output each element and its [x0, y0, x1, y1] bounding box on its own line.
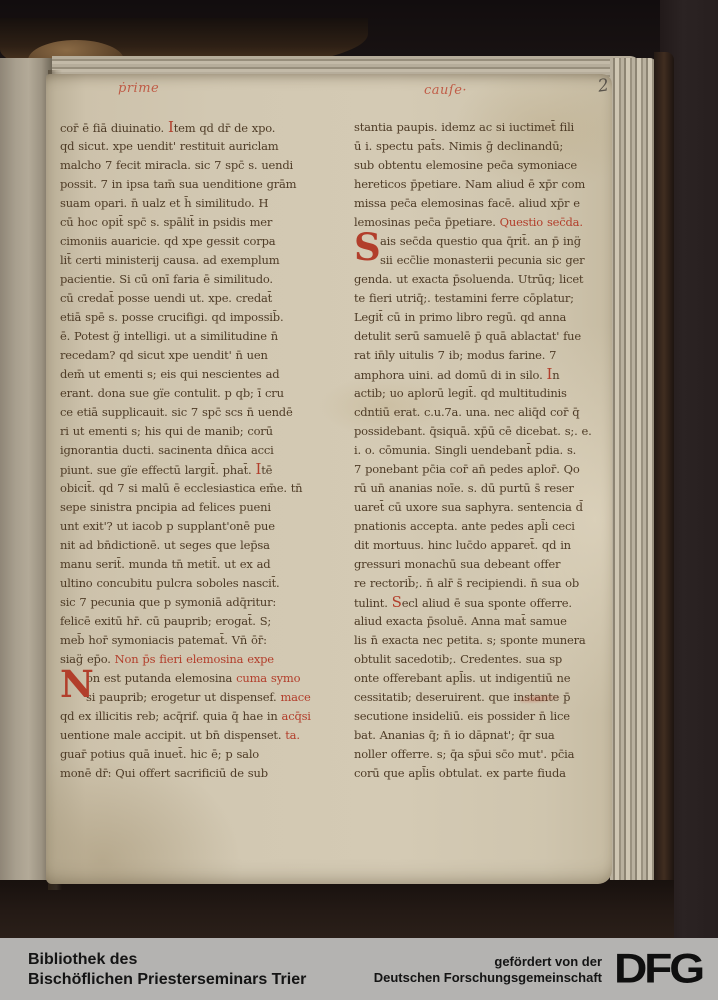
text-run: felicē exitū hr̄. cū pauprib; erogat̄. S… — [60, 614, 271, 628]
text-run: stantia paupis. idemz ac si iuctimet̄ fi… — [354, 120, 574, 134]
rubricated-initial: N — [60, 666, 94, 703]
manuscript-line: te fieri utriq̄;. testamini ferre cōplat… — [354, 289, 606, 308]
library-credit-line2: Bischöflichen Priesterseminars Trier — [28, 970, 306, 990]
text-run: hereticos p̄petiare. Nam aliud ē xp̄r co… — [354, 177, 585, 191]
book-cover-bottom — [0, 880, 674, 938]
text-run: sepe sinistra pncipia ad felices pueni — [60, 500, 271, 514]
text-run: sii ecc̄lie monasterii pecunia sic ger — [380, 253, 584, 267]
text-run: cimoniis auaricie. qd xpe gessit corpa — [60, 234, 275, 248]
text-run: actib; uo aplorū legit̄. qd multitudinis — [354, 386, 567, 400]
text-run: guar̄ potius quā inuet̄. hic ē; p salo — [60, 747, 259, 761]
manuscript-line: Sais sec̄da questio qua q̄rit̄. an p̄ in… — [354, 232, 606, 251]
text-run: rat in̄ly uitulis 7 ib; modus farine. 7 — [354, 348, 556, 362]
text-run: si pauprib; erogetur ut dispensef. — [86, 690, 280, 704]
text-run: ecl aliud ē sua sponte offerre. — [402, 596, 572, 610]
text-run: qd ex illicitis reb; acq̄rif. quia q̄ ha… — [60, 709, 282, 723]
text-column-right: stantia paupis. idemz ac si iuctimet̄ fi… — [354, 118, 606, 783]
running-header-right: cauſe· — [424, 83, 467, 98]
text-run: ē. Potest g̈ intelligi. ut a similitudin… — [60, 329, 278, 343]
text-run: onte offerebant apl̄is. ut indigentiū ne — [354, 671, 570, 685]
manuscript-line: sic 7 pecunia que p symoniā adq̄ritur: — [60, 593, 352, 612]
manuscript-line: rū un̄ ananias noīe. s. dū purtū s̄ rese… — [354, 479, 606, 498]
rubric-text-run: ta. — [285, 728, 300, 742]
manuscript-line: piunt. sue gïe effectū largit̄. phat̄. I… — [60, 460, 352, 479]
manuscript-line: ri ut ementi s; his qui de manib; corū — [60, 422, 352, 441]
manuscript-line: lis n̄ exacta nec petita. s; sponte mune… — [354, 631, 606, 650]
text-run: malcho 7 fecit miracla. sic 7 spc̄ s. ue… — [60, 158, 293, 172]
text-run: pnationis accepta. ante pedes apl̄i ceci — [354, 519, 575, 533]
text-run: etiā spē s. posse crucifigi. qd impossib… — [60, 310, 283, 324]
text-run: on est putanda elemosina — [86, 671, 236, 685]
running-header-left: ṗrime — [118, 81, 159, 96]
manuscript-line: cor̄ ē fiā diuinatio. Item qd dr̄ de xpo… — [60, 118, 352, 137]
text-run: uaret̄ cū uxore sua saphyra. sentencia d… — [354, 500, 583, 514]
book-fore-edge-pages — [610, 58, 656, 904]
manuscript-line: sii ecc̄lie monasterii pecunia sic ger — [354, 251, 606, 270]
manuscript-line: onte offerebant apl̄is. ut indigentiū ne — [354, 669, 606, 688]
text-run: re rectorib̄;. n̄ alr̄ s̄ recipiendi. n̄… — [354, 576, 579, 590]
rubric-text-run: acq̄si — [282, 709, 311, 723]
manuscript-line: hereticos p̄petiare. Nam aliud ē xp̄r co… — [354, 175, 606, 194]
manuscript-line: dem̄ ut ementi s; eis qui nescientes ad — [60, 365, 352, 384]
manuscript-line: suam opari. n̄ ualz et h̄ similitudo. H — [60, 194, 352, 213]
manuscript-line: 7 ponebant pc̄ia cor̄ an̄ pedes aplor̄. … — [354, 460, 606, 479]
funding-credit-line2: Deutschen Forschungsgemeinschaft — [374, 970, 602, 986]
manuscript-line: lemosinas pec̄a p̄petiare. Questio sec̄d… — [354, 213, 606, 232]
text-run: n — [552, 368, 559, 382]
manuscript-line: siag̈ ep̄o. Non p̄s fieri elemosina expe — [60, 650, 352, 669]
manuscript-line: cū credat̄ posse uendi ut. xpe. credat̄ — [60, 289, 352, 308]
text-run: Legit̄ cū in primo libro regū. qd anna — [354, 310, 566, 324]
text-run: possit. 7 in ipsa tam̄ sua uenditione gr… — [60, 177, 296, 191]
library-credit-line1: Bibliothek des — [28, 950, 306, 970]
manuscript-line: Non est putanda elemosina cuma symo — [60, 669, 352, 688]
text-run: i. o. cōmunia. Singli uendebant̄ pdia. s… — [354, 443, 576, 457]
rubricated-initial: S — [354, 229, 381, 266]
text-run: ce etiā supplicauit. sic 7 spc̄ scs n̄ u… — [60, 405, 293, 419]
manuscript-line: secutione insideliū. eis possider n̄ lic… — [354, 707, 606, 726]
manuscript-line: si pauprib; erogetur ut dispensef. mace — [60, 688, 352, 707]
manuscript-line: obtulit sacedotib;. Credentes. sua sp — [354, 650, 606, 669]
book-cover-edge — [654, 52, 674, 914]
text-run: ū i. spectu pat̄s. Nimis ḡ declinandū; — [354, 139, 563, 153]
text-run: pacientie. Si cū onī faria ē similitudo. — [60, 272, 273, 286]
text-run: 7 ponebant pc̄ia cor̄ an̄ pedes aplor̄. … — [354, 462, 580, 476]
text-run: amphora uini. ad domū di in silo. — [354, 368, 547, 382]
manuscript-line: possidebant. q̄siquā. xp̄ū cē dicebat. s… — [354, 422, 606, 441]
manuscript-line: qd ex illicitis reb; acq̄rif. quia q̄ ha… — [60, 707, 352, 726]
rubric-text-run: mace — [280, 690, 310, 704]
text-run: cor̄ ē fiā diuinatio. — [60, 121, 168, 135]
rubric-text-run: Non p̄s fieri elemosina expe — [115, 652, 274, 666]
text-run: recedam? qd sicut xpe uendit' n̄ uen — [60, 348, 268, 362]
text-run: rū un̄ ananias noīe. s. dū purtū s̄ rese… — [354, 481, 574, 495]
text-run: tulint. — [354, 596, 392, 610]
text-run: manu serit̄. munda tn̄ metit̄. ut ex ad — [60, 557, 270, 571]
manuscript-line: unt exit'? ut iacob p supplant'onē pue — [60, 517, 352, 536]
manuscript-line: qd sicut. xpe uendit' restituit auriclam — [60, 137, 352, 156]
manuscript-line: missa pec̄a elemosinas facē. aliud xp̄r … — [354, 194, 606, 213]
manuscript-line: uentione male accipit. ut bn̄ dispenset.… — [60, 726, 352, 745]
manuscript-line: bat. Ananias q̄; n̄ io dāpnat'; q̄r sua — [354, 726, 606, 745]
manuscript-line: nit ad bn̄dictionē. ut seges que lep̄sa — [60, 536, 352, 555]
text-run: piunt. sue gïe effectū largit̄. phat̄. — [60, 463, 255, 477]
text-run: ignorantia ducti. sacinenta dn̄ica acci — [60, 443, 274, 457]
rubric-text-run: Questio sec̄da. — [500, 215, 583, 229]
manuscript-line: dit mortuus. hinc luc̄do apparet̄. qd in — [354, 536, 606, 555]
rubric-text-run: S — [392, 593, 402, 611]
manuscript-line: pnationis accepta. ante pedes apl̄i ceci — [354, 517, 606, 536]
manuscript-line: recedam? qd sicut xpe uendit' n̄ uen — [60, 346, 352, 365]
text-run: possidebant. q̄siquā. xp̄ū cē dicebat. s… — [354, 424, 592, 438]
manuscript-line: malcho 7 fecit miracla. sic 7 spc̄ s. ue… — [60, 156, 352, 175]
text-run: genda. ut exacta p̄soluenda. Utrūq; lice… — [354, 272, 583, 286]
manuscript-line: noller offerre. s; q̄a sp̄ui sc̄o mut'. … — [354, 745, 606, 764]
text-run: suam opari. n̄ ualz et h̄ similitudo. H — [60, 196, 268, 210]
manuscript-line: ce etiā supplicauit. sic 7 spc̄ scs n̄ u… — [60, 403, 352, 422]
text-run: nit ad bn̄dictionē. ut seges que lep̄sa — [60, 538, 270, 552]
manuscript-line: pacientie. Si cū onī faria ē similitudo. — [60, 270, 352, 289]
dfg-logo: DFG — [603, 947, 712, 991]
text-run: ultino concubitu pulcra soboles nascit̄. — [60, 576, 280, 590]
text-run: uentione male accipit. ut bn̄ dispenset. — [60, 728, 285, 742]
manuscript-line: cessitatib; deseruirent. que instante p̄ — [354, 688, 606, 707]
manuscript-line: rat in̄ly uitulis 7 ib; modus farine. 7 — [354, 346, 606, 365]
manuscript-line: ū i. spectu pat̄s. Nimis ḡ declinandū; — [354, 137, 606, 156]
text-run: ri ut ementi s; his qui de manib; corū — [60, 424, 273, 438]
digitization-footer: Bibliothek des Bischöflichen Priestersem… — [0, 938, 718, 1000]
manuscript-line: erant. dona sue gïe contulit. p qb; ī cr… — [60, 384, 352, 403]
text-run: te fieri utriq̄;. testamini ferre cōplat… — [354, 291, 574, 305]
text-run: cdntiū erat. c.u.7a. una. nec aliq̄d cor… — [354, 405, 579, 419]
text-run: sub obtentu elemosine pec̄a symoniace — [354, 158, 577, 172]
funding-credit-line1: gefördert von der — [374, 954, 602, 970]
manuscript-line: corū que apl̄is obtulat. ex parte fiuda — [354, 764, 606, 783]
text-run: tē — [261, 463, 272, 477]
folio-number: 2 — [597, 75, 611, 96]
manuscript-line: cū hoc opit̄ spc̄ s. spālit̄ in psidis m… — [60, 213, 352, 232]
text-run: secutione insideliū. eis possider n̄ lic… — [354, 709, 570, 723]
manuscript-line: manu serit̄. munda tn̄ metit̄. ut ex ad — [60, 555, 352, 574]
text-run: tem qd dr̄ de xpo. — [174, 121, 276, 135]
text-run: dem̄ ut ementi s; eis qui nescientes ad — [60, 367, 279, 381]
manuscript-page: ṗrime cauſe· 2 cor̄ ē fiā diuinatio. Ite… — [46, 74, 612, 884]
text-run: obtulit sacedotib;. Credentes. sua sp — [354, 652, 562, 666]
text-run: cū credat̄ posse uendi ut. xpe. credat̄ — [60, 291, 272, 305]
text-run: monē dr̄: Qui offert sacrificiū de sub — [60, 766, 268, 780]
manuscript-line: i. o. cōmunia. Singli uendebant̄ pdia. s… — [354, 441, 606, 460]
text-column-left: cor̄ ē fiā diuinatio. Item qd dr̄ de xpo… — [60, 118, 352, 783]
text-run: dit mortuus. hinc luc̄do apparet̄. qd in — [354, 538, 571, 552]
text-run: bat. Ananias q̄; n̄ io dāpnat'; q̄r sua — [354, 728, 555, 742]
manuscript-line: ignorantia ducti. sacinenta dn̄ica acci — [60, 441, 352, 460]
text-run: aliud exacta p̄soluē. Anna mat̄ samue — [354, 614, 567, 628]
manuscript-line: monē dr̄: Qui offert sacrificiū de sub — [60, 764, 352, 783]
manuscript-line: meb̄ hor̄ symoniacis patemat̄. Vn̄ ōr̄: — [60, 631, 352, 650]
text-run: noller offerre. s; q̄a sp̄ui sc̄o mut'. … — [354, 747, 574, 761]
manuscript-line: sub obtentu elemosine pec̄a symoniace — [354, 156, 606, 175]
manuscript-line: gressuri monachū sua debeant offer — [354, 555, 606, 574]
manuscript-line: detulit serū samuelē p̄ quā ablactat' fu… — [354, 327, 606, 346]
text-run: sic 7 pecunia que p symoniā adq̄ritur: — [60, 595, 276, 609]
text-run: corū que apl̄is obtulat. ex parte fiuda — [354, 766, 566, 780]
library-credit: Bibliothek des Bischöflichen Priestersem… — [28, 950, 306, 990]
text-run: detulit serū samuelē p̄ quā ablactat' fu… — [354, 329, 581, 343]
manuscript-line: obicit̄. qd 7 si malū ē ecclesiastica em… — [60, 479, 352, 498]
manuscript-line: actib; uo aplorū legit̄. qd multitudinis — [354, 384, 606, 403]
text-run: unt exit'? ut iacob p supplant'onē pue — [60, 519, 275, 533]
text-run: lis n̄ exacta nec petita. s; sponte mune… — [354, 633, 586, 647]
manuscript-line: sepe sinistra pncipia ad felices pueni — [60, 498, 352, 517]
manuscript-line: possit. 7 in ipsa tam̄ sua uenditione gr… — [60, 175, 352, 194]
manuscript-line: felicē exitū hr̄. cū pauprib; erogat̄. S… — [60, 612, 352, 631]
manuscript-line: stantia paupis. idemz ac si iuctimet̄ fi… — [354, 118, 606, 137]
text-run: missa pec̄a elemosinas facē. aliud xp̄r … — [354, 196, 580, 210]
manuscript-line: ē. Potest g̈ intelligi. ut a similitudin… — [60, 327, 352, 346]
text-run: cū hoc opit̄ spc̄ s. spālit̄ in psidis m… — [60, 215, 272, 229]
text-run: lit̄ certi ministerij causa. ad exemplum — [60, 253, 279, 267]
text-run: meb̄ hor̄ symoniacis patemat̄. Vn̄ ōr̄: — [60, 633, 267, 647]
manuscript-line: re rectorib̄;. n̄ alr̄ s̄ recipiendi. n̄… — [354, 574, 606, 593]
funding-credit: gefördert von der Deutschen Forschungsge… — [374, 954, 602, 986]
manuscript-line: tulint. Secl aliud ē sua sponte offerre. — [354, 593, 606, 612]
book-gutter-page-edges — [0, 58, 52, 906]
manuscript-line: uaret̄ cū uxore sua saphyra. sentencia d… — [354, 498, 606, 517]
text-run: qd sicut. xpe uendit' restituit auriclam — [60, 139, 278, 153]
manuscript-line: genda. ut exacta p̄soluenda. Utrūq; lice… — [354, 270, 606, 289]
manuscript-line: amphora uini. ad domū di in silo. In — [354, 365, 606, 384]
manuscript-line: aliud exacta p̄soluē. Anna mat̄ samue — [354, 612, 606, 631]
manuscript-line: lit̄ certi ministerij causa. ad exemplum — [60, 251, 352, 270]
manuscript-line: cdntiū erat. c.u.7a. una. nec aliq̄d cor… — [354, 403, 606, 422]
manuscript-line: Legit̄ cū in primo libro regū. qd anna — [354, 308, 606, 327]
manuscript-line: cimoniis auaricie. qd xpe gessit corpa — [60, 232, 352, 251]
text-run: gressuri monachū sua debeant offer — [354, 557, 560, 571]
manuscript-line: ultino concubitu pulcra soboles nascit̄. — [60, 574, 352, 593]
text-run: obicit̄. qd 7 si malū ē ecclesiastica em… — [60, 481, 302, 495]
rubric-text-run: cuma symo — [236, 671, 300, 685]
text-run: erant. dona sue gïe contulit. p qb; ī cr… — [60, 386, 284, 400]
manuscript-line: etiā spē s. posse crucifigi. qd impossib… — [60, 308, 352, 327]
text-run: ais sec̄da questio qua q̄rit̄. an p̄ ing… — [380, 234, 581, 248]
manuscript-line: guar̄ potius quā inuet̄. hic ē; p salo — [60, 745, 352, 764]
